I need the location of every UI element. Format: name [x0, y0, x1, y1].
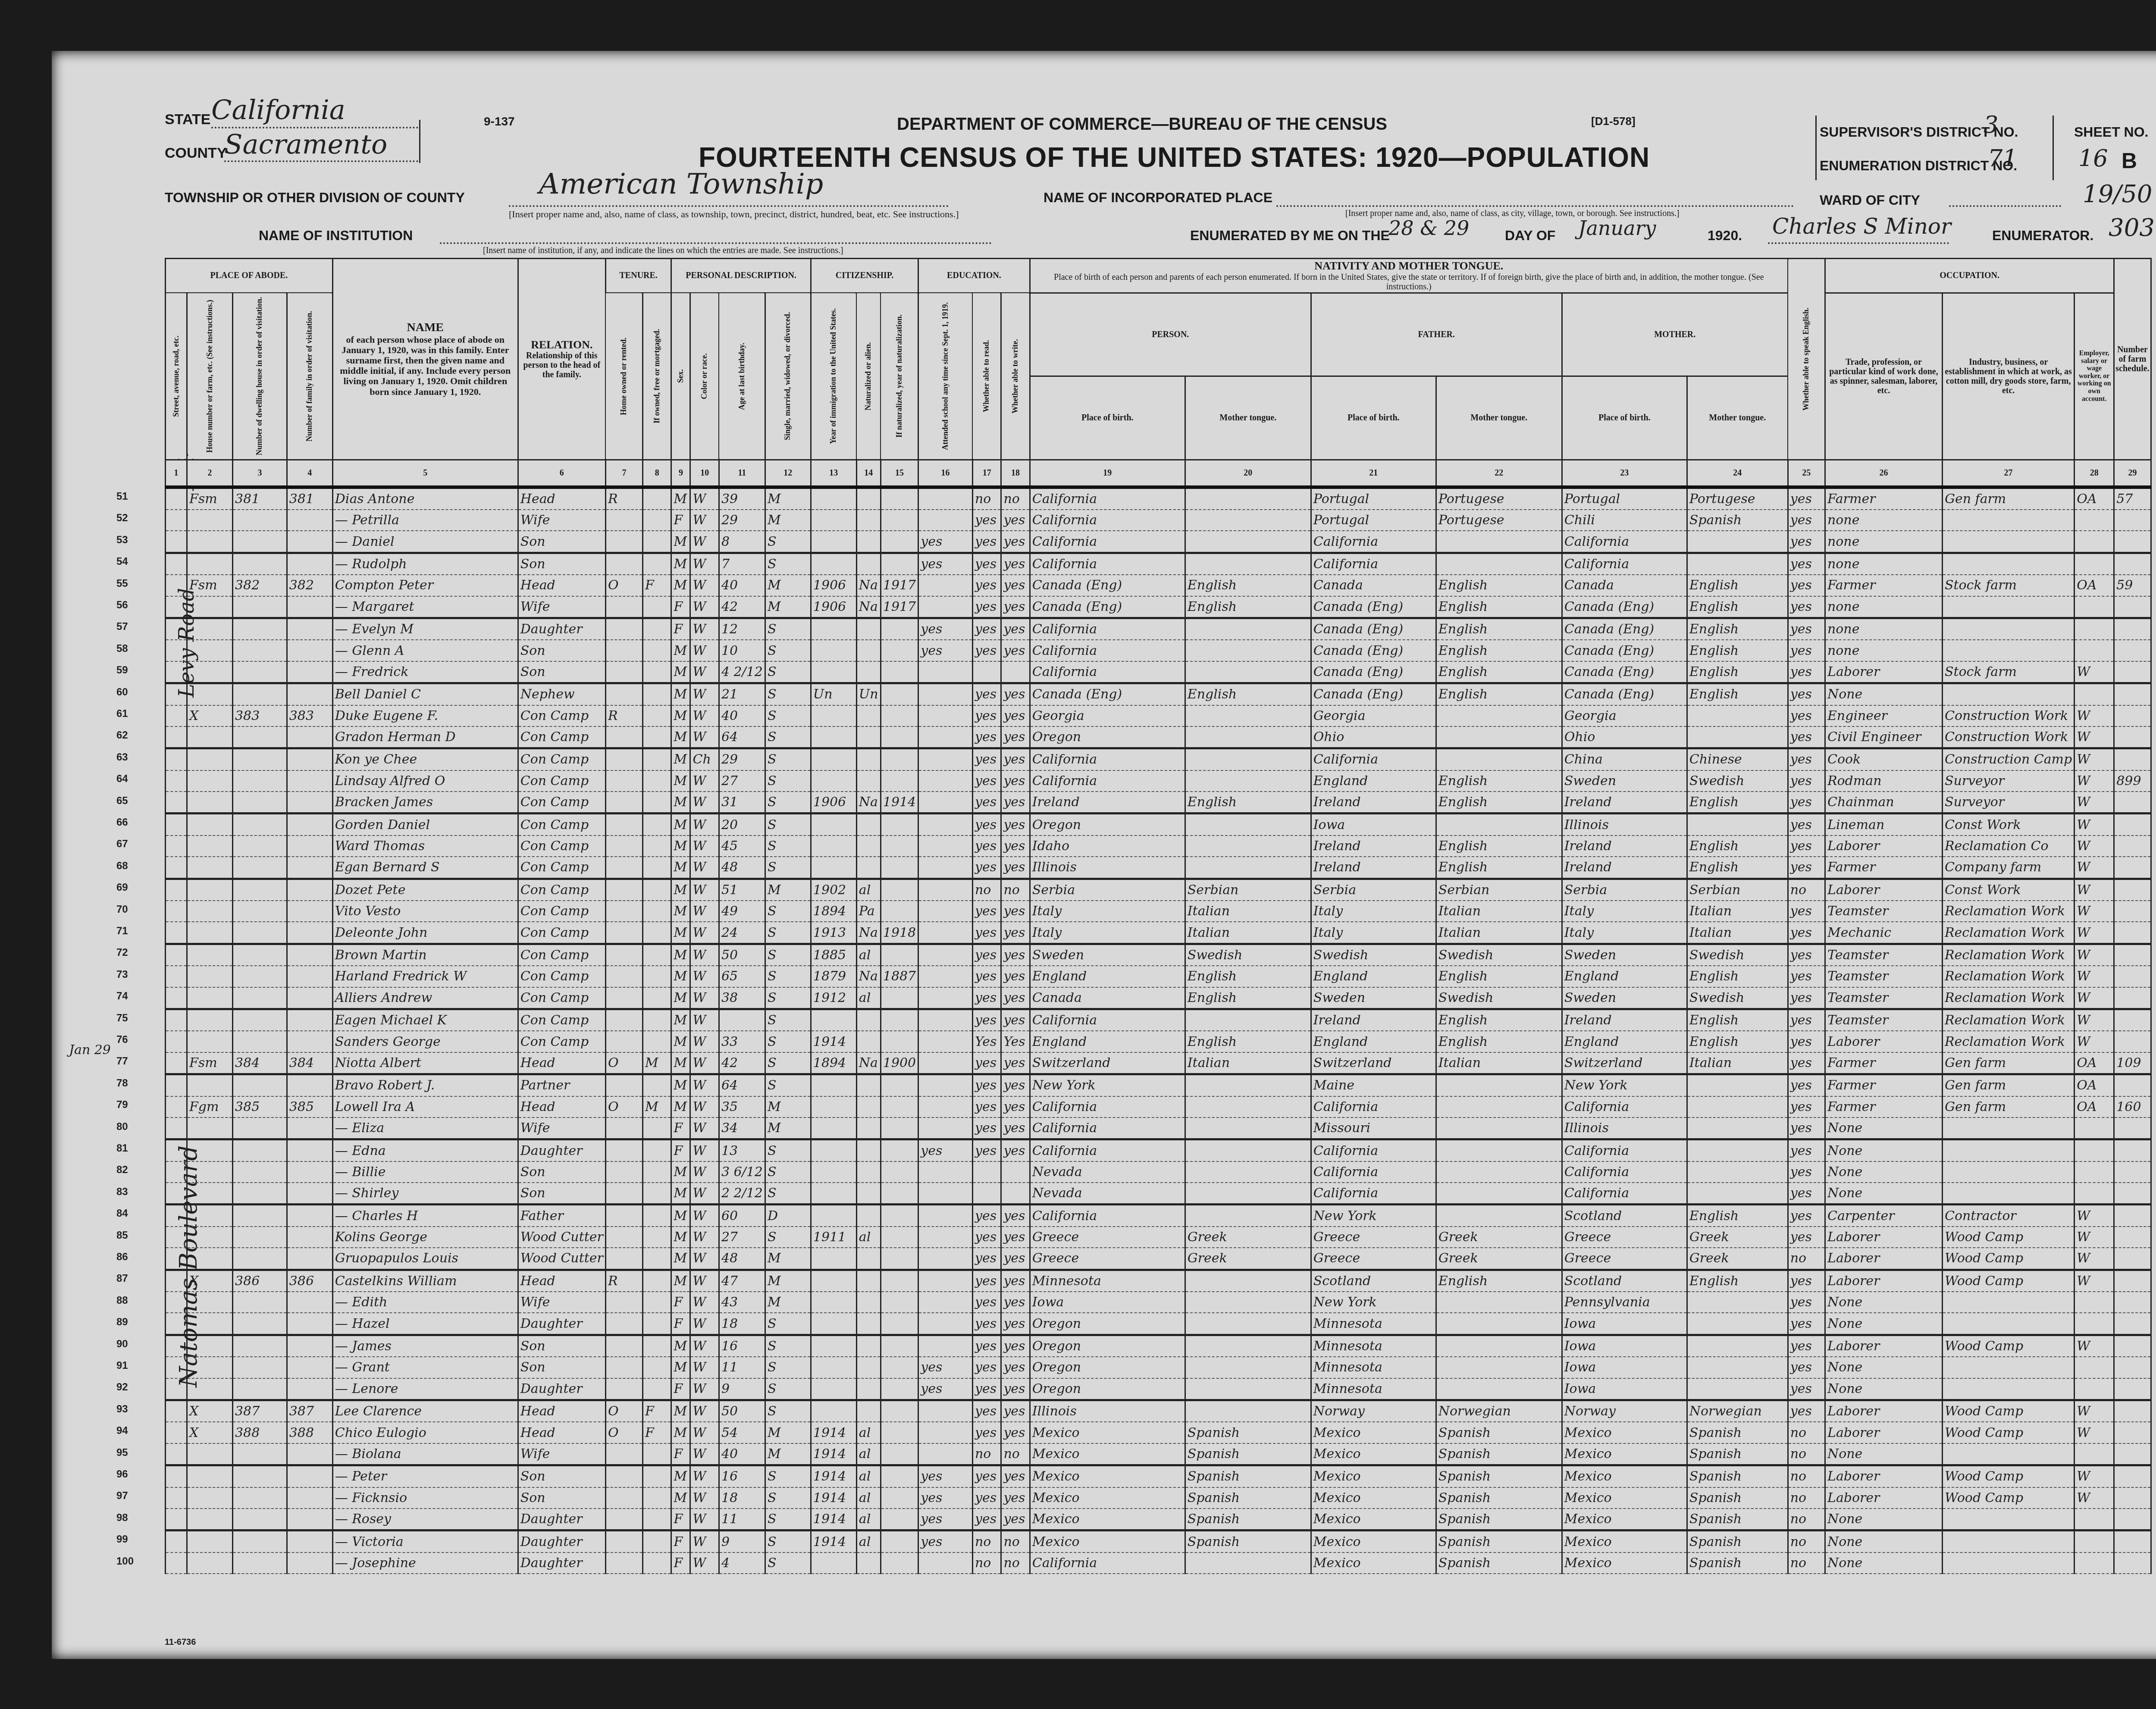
group-citizenship: CITIZENSHIP.	[811, 259, 918, 293]
cell-age: 11	[719, 1509, 765, 1531]
cell-sex: M	[671, 661, 690, 683]
group-tenure: TENURE.	[605, 259, 671, 293]
cell-farm-schedule	[2114, 683, 2151, 705]
cell-employer-class	[2075, 1139, 2114, 1161]
enumerated-days: 28 & 29	[1388, 216, 1469, 240]
cell-person-name: Niotta Albert	[332, 1052, 518, 1074]
cell-can-write: no	[1001, 487, 1030, 510]
cell-person-name: — Peter	[332, 1465, 518, 1487]
cell-birthplace: Italy	[1030, 901, 1185, 922]
cell-family-number	[287, 726, 332, 748]
cell-person-name: — Victoria	[332, 1531, 518, 1552]
cell-owned-rented	[605, 1292, 642, 1313]
cell-relation: Nephew	[518, 683, 605, 705]
month-value: January	[1578, 216, 1656, 240]
cell-mother-mother-tongue: English	[1687, 857, 1788, 879]
cell-street	[166, 1139, 187, 1161]
cell-owned-rented	[605, 1031, 642, 1052]
cell-birthplace: California	[1030, 487, 1185, 510]
cell-attended-school	[918, 770, 973, 792]
cell-race: W	[690, 640, 719, 661]
cell-house-number	[187, 531, 233, 553]
cell-owned-rented	[605, 1509, 642, 1531]
cell-immigration-year: 1902	[811, 879, 856, 901]
table-row: — RudolphSonMW7SyesyesyesCaliforniaCalif…	[166, 553, 2151, 575]
cell-house-number	[187, 1378, 233, 1400]
cell-trade: Laborer	[1825, 1248, 1942, 1270]
cell-farm-schedule	[2114, 596, 2151, 618]
cell-attended-school: yes	[918, 1509, 973, 1531]
cell-age: 10	[719, 640, 765, 661]
cell-sex: M	[671, 1031, 690, 1052]
census-rows: Fsm381381Dias AntoneHeadRMW39MnonoCalifo…	[166, 487, 2151, 1574]
line-number: 88	[116, 1295, 128, 1307]
cell-mother-tongue: Italian	[1185, 901, 1311, 922]
cell-free-mortgaged	[643, 1465, 671, 1487]
cell-person-name: Eagen Michael K	[332, 1009, 518, 1031]
cell-father-tongue	[1436, 1074, 1562, 1096]
cell-industry: Gen farm	[1942, 1096, 2074, 1117]
cell-mother-tongue	[1185, 1183, 1311, 1205]
cell-relation: Son	[518, 1161, 605, 1183]
cell-street	[166, 1357, 187, 1378]
col-mother-pob: Place of birth.	[1562, 376, 1687, 460]
cell-naturalized	[856, 618, 881, 640]
cell-attended-school	[918, 1052, 973, 1074]
cell-can-write: yes	[1001, 640, 1030, 661]
cell-attended-school: yes	[918, 553, 973, 575]
cell-can-read: yes	[972, 1096, 1001, 1117]
line-number: 95	[116, 1447, 128, 1459]
cell-person-name: Duke Eugene F.	[332, 705, 518, 726]
cell-father-birthplace: Ohio	[1311, 726, 1436, 748]
cell-family-number: 386	[287, 1270, 332, 1292]
cell-father-birthplace: England	[1311, 1031, 1436, 1052]
cell-naturalized	[856, 814, 881, 836]
cell-attended-school: yes	[918, 618, 973, 640]
cell-naturalized	[856, 1400, 881, 1422]
cell-birthplace: Illinois	[1030, 1400, 1185, 1422]
cell-family-number	[287, 836, 332, 857]
cell-dwelling-number	[232, 879, 287, 901]
cell-can-read: yes	[972, 857, 1001, 879]
cell-can-write: yes	[1001, 1313, 1030, 1335]
cell-farm-schedule	[2114, 1248, 2151, 1270]
cell-immigration-year	[811, 618, 856, 640]
cell-naturalization-year	[881, 901, 918, 922]
cell-farm-schedule	[2114, 1335, 2151, 1357]
cell-trade: None	[1825, 1443, 1942, 1465]
cell-sex: M	[671, 1096, 690, 1117]
cell-industry: Wood Camp	[1942, 1400, 2074, 1422]
cell-naturalization-year	[881, 553, 918, 575]
cell-immigration-year	[811, 1335, 856, 1357]
cell-mother-mother-tongue: English	[1687, 836, 1788, 857]
cell-dwelling-number	[232, 1552, 287, 1574]
col-street: Street, avenue, road, etc.	[166, 293, 187, 460]
table-row: — ElizaWifeFW34MyesyesCaliforniaMissouri…	[166, 1117, 2151, 1139]
cell-father-birthplace: Mexico	[1311, 1443, 1436, 1465]
cell-speaks-english: yes	[1788, 922, 1825, 944]
cell-family-number	[287, 640, 332, 661]
cell-immigration-year	[811, 1009, 856, 1031]
cell-dwelling-number	[232, 1139, 287, 1161]
cell-free-mortgaged: F	[643, 1400, 671, 1422]
cell-mother-tongue	[1185, 1074, 1311, 1096]
cell-birthplace: Mexico	[1030, 1531, 1185, 1552]
cell-relation: Head	[518, 1422, 605, 1443]
cell-naturalized: al	[856, 1422, 881, 1443]
cell-can-write: no	[1001, 1443, 1030, 1465]
cell-can-read: yes	[972, 726, 1001, 748]
cell-employer-class: W	[2075, 705, 2114, 726]
cell-family-number	[287, 1248, 332, 1270]
cell-trade: Laborer	[1825, 1422, 1942, 1443]
cell-street	[166, 640, 187, 661]
cell-person-name: — Billie	[332, 1161, 518, 1183]
cell-farm-schedule	[2114, 1422, 2151, 1443]
cell-mother-mother-tongue: English	[1687, 683, 1788, 705]
cell-mother-tongue	[1185, 618, 1311, 640]
cell-marital-status: S	[765, 814, 811, 836]
cell-attended-school: yes	[918, 640, 973, 661]
cell-person-name: Kolins George	[332, 1227, 518, 1248]
line-number: 68	[116, 860, 128, 872]
cell-father-birthplace: Sweden	[1311, 987, 1436, 1009]
cell-owned-rented	[605, 748, 642, 770]
cell-trade: Teamster	[1825, 966, 1942, 987]
cell-trade: None	[1825, 1357, 1942, 1378]
cell-father-tongue: English	[1436, 575, 1562, 596]
cell-sex: M	[671, 531, 690, 553]
cell-naturalized: al	[856, 1509, 881, 1531]
cell-naturalization-year	[881, 814, 918, 836]
col-race: Color or race.	[690, 293, 719, 460]
cell-age: 20	[719, 814, 765, 836]
cell-industry: Stock farm	[1942, 661, 2074, 683]
cell-naturalized: al	[856, 1465, 881, 1487]
cell-speaks-english: yes	[1788, 770, 1825, 792]
cell-farm-schedule	[2114, 705, 2151, 726]
cell-family-number	[287, 1139, 332, 1161]
cell-farm-schedule	[2114, 1400, 2151, 1422]
cell-dwelling-number	[232, 966, 287, 987]
cell-owned-rented	[605, 1074, 642, 1096]
township-underline	[509, 205, 949, 207]
cell-father-birthplace: Canada (Eng)	[1311, 683, 1436, 705]
cell-farm-schedule	[2114, 922, 2151, 944]
cell-trade: Mechanic	[1825, 922, 1942, 944]
cell-trade: none	[1825, 510, 1942, 531]
cell-attended-school: yes	[918, 1378, 973, 1400]
cell-sex: F	[671, 1313, 690, 1335]
cell-mother-birthplace: Scotland	[1562, 1205, 1687, 1227]
cell-immigration-year: 1894	[811, 1052, 856, 1074]
cell-mother-mother-tongue: English	[1687, 596, 1788, 618]
cell-birthplace: California	[1030, 770, 1185, 792]
cell-naturalization-year	[881, 1074, 918, 1096]
cell-employer-class	[2075, 1183, 2114, 1205]
cell-person-name: Harland Fredrick W	[332, 966, 518, 987]
cell-speaks-english: no	[1788, 1248, 1825, 1270]
cell-farm-schedule	[2114, 1313, 2151, 1335]
table-row: — DanielSonMW8SyesyesyesCaliforniaCalifo…	[166, 531, 2151, 553]
cell-mother-birthplace: England	[1562, 966, 1687, 987]
cell-street	[166, 1009, 187, 1031]
cell-age: 11	[719, 1357, 765, 1378]
cell-trade: Civil Engineer	[1825, 726, 1942, 748]
cell-immigration-year: Un	[811, 683, 856, 705]
cell-mother-mother-tongue: Swedish	[1687, 770, 1788, 792]
cell-industry	[1942, 1509, 2074, 1531]
cell-naturalization-year	[881, 1531, 918, 1552]
cell-person-name: Compton Peter	[332, 575, 518, 596]
line-number: 58	[116, 643, 128, 655]
cell-trade: None	[1825, 1531, 1942, 1552]
cell-person-name: — Glenn A	[332, 640, 518, 661]
cell-dwelling-number	[232, 1205, 287, 1227]
cell-sex: M	[671, 792, 690, 814]
table-row: Kolins GeorgeWood CutterMW27S1911alyesye…	[166, 1227, 2151, 1248]
cell-mother-birthplace: Scotland	[1562, 1270, 1687, 1292]
institution-label: NAME OF INSTITUTION	[259, 228, 413, 244]
cell-owned-rented: O	[605, 1096, 642, 1117]
line-number: 53	[116, 534, 128, 546]
cell-mother-tongue: Spanish	[1185, 1487, 1311, 1509]
cell-house-number: Fsm	[187, 487, 233, 510]
cell-sex: M	[671, 1270, 690, 1292]
cell-dwelling-number	[232, 857, 287, 879]
cell-birthplace: Georgia	[1030, 705, 1185, 726]
col-father-tongue: Mother tongue.	[1436, 376, 1562, 460]
cell-house-number: X	[187, 1422, 233, 1443]
cell-owned-rented	[605, 618, 642, 640]
cell-owned-rented	[605, 1248, 642, 1270]
cell-attended-school	[918, 1313, 973, 1335]
cell-sex: M	[671, 1357, 690, 1378]
cell-age	[719, 1009, 765, 1031]
cell-employer-class: W	[2075, 1205, 2114, 1227]
cell-father-birthplace: Ireland	[1311, 792, 1436, 814]
cell-speaks-english: yes	[1788, 1161, 1825, 1183]
cell-sex: M	[671, 770, 690, 792]
cell-owned-rented: R	[605, 705, 642, 726]
incorporated-underline	[1276, 205, 1794, 207]
table-row: Bravo Robert J.PartnerMW64SyesyesNew Yor…	[166, 1074, 2151, 1096]
cell-relation: Daughter	[518, 1509, 605, 1531]
cell-race: W	[690, 1183, 719, 1205]
cell-sex: M	[671, 944, 690, 966]
col-immigration: Year of immigration to the United States…	[811, 293, 856, 460]
cell-can-write: yes	[1001, 596, 1030, 618]
cell-person-name: Bravo Robert J.	[332, 1074, 518, 1096]
cell-age: 48	[719, 1248, 765, 1270]
ward-note: 19/50	[2083, 180, 2152, 208]
cell-person-name: — Biolana	[332, 1443, 518, 1465]
cell-free-mortgaged	[643, 1074, 671, 1096]
form-code: [D1-578]	[1591, 115, 1636, 128]
cell-person-name: — Rosey	[332, 1509, 518, 1531]
cell-age: 18	[719, 1487, 765, 1509]
cell-mother-birthplace: Illinois	[1562, 814, 1687, 836]
cell-street	[166, 661, 187, 683]
cell-naturalization-year	[881, 1292, 918, 1313]
cell-birthplace: Oregon	[1030, 726, 1185, 748]
cell-mother-tongue: Greek	[1185, 1248, 1311, 1270]
cell-father-birthplace: Missouri	[1311, 1117, 1436, 1139]
cell-person-name: — Hazel	[332, 1313, 518, 1335]
cell-street	[166, 1031, 187, 1052]
cell-father-birthplace: England	[1311, 966, 1436, 987]
table-row: Lindsay Alfred OCon CampMW27SyesyesCalif…	[166, 770, 2151, 792]
cell-can-read: yes	[972, 1009, 1001, 1031]
cell-person-name: — Rudolph	[332, 553, 518, 575]
cell-attended-school	[918, 596, 973, 618]
cell-immigration-year: 1914	[811, 1531, 856, 1552]
table-row: Gradon Herman DCon CampMW64SyesyesOregon…	[166, 726, 2151, 748]
cell-owned-rented	[605, 596, 642, 618]
cell-employer-class: W	[2075, 857, 2114, 879]
cell-immigration-year: 1912	[811, 987, 856, 1009]
cell-employer-class: W	[2075, 966, 2114, 987]
cell-employer-class: W	[2075, 1031, 2114, 1052]
cell-attended-school	[918, 987, 973, 1009]
cell-street	[166, 922, 187, 944]
cell-house-number	[187, 836, 233, 857]
cell-speaks-english: no	[1788, 1443, 1825, 1465]
cell-can-read: yes	[972, 1248, 1001, 1270]
cell-family-number	[287, 987, 332, 1009]
cell-mother-birthplace: Greece	[1562, 1227, 1687, 1248]
cell-farm-schedule	[2114, 879, 2151, 901]
cell-immigration-year	[811, 640, 856, 661]
cell-free-mortgaged	[643, 1227, 671, 1248]
cell-mother-birthplace: Chili	[1562, 510, 1687, 531]
cell-father-birthplace: Italy	[1311, 922, 1436, 944]
cell-can-read: yes	[972, 1400, 1001, 1422]
cell-age: 40	[719, 705, 765, 726]
cell-mother-birthplace: Mexico	[1562, 1509, 1687, 1531]
cell-marital-status: M	[765, 575, 811, 596]
cell-mother-tongue: Italian	[1185, 1052, 1311, 1074]
cell-can-read: yes	[972, 683, 1001, 705]
cell-birthplace: New York	[1030, 1074, 1185, 1096]
cell-age: 50	[719, 944, 765, 966]
cell-mother-mother-tongue: Chinese	[1687, 748, 1788, 770]
department-title: DEPARTMENT OF COMMERCE—BUREAU OF THE CEN…	[897, 115, 1387, 134]
cell-house-number	[187, 1161, 233, 1183]
cell-marital-status: M	[765, 1096, 811, 1117]
cell-owned-rented	[605, 531, 642, 553]
cell-industry	[1942, 1378, 2074, 1400]
cell-sex: M	[671, 1422, 690, 1443]
cell-naturalization-year: 1917	[881, 596, 918, 618]
cell-birthplace: California	[1030, 640, 1185, 661]
cell-race: W	[690, 1096, 719, 1117]
cell-industry: Reclamation Work	[1942, 922, 2074, 944]
cell-race: W	[690, 553, 719, 575]
cell-mother-birthplace: Sweden	[1562, 944, 1687, 966]
cell-mother-mother-tongue: Portugese	[1687, 487, 1788, 510]
cell-marital-status: S	[765, 792, 811, 814]
cell-father-birthplace: California	[1311, 1139, 1436, 1161]
cell-mother-mother-tongue: Swedish	[1687, 987, 1788, 1009]
cell-father-birthplace: Canada	[1311, 575, 1436, 596]
ward-underline	[1949, 205, 2061, 207]
cell-relation: Head	[518, 1096, 605, 1117]
cell-age: 64	[719, 726, 765, 748]
cell-immigration-year	[811, 1400, 856, 1422]
cell-family-number	[287, 1161, 332, 1183]
cell-mother-tongue	[1185, 770, 1311, 792]
cell-race: W	[690, 792, 719, 814]
cell-father-birthplace: Maine	[1311, 1074, 1436, 1096]
cell-mother-mother-tongue: English	[1687, 1009, 1788, 1031]
cell-employer-class: W	[2075, 726, 2114, 748]
cell-farm-schedule: 59	[2114, 575, 2151, 596]
cell-mother-mother-tongue: Norwegian	[1687, 1400, 1788, 1422]
cell-attended-school: yes	[918, 1487, 973, 1509]
table-row: — ShirleySonMW2 2/12SNevadaCaliforniaCal…	[166, 1183, 2151, 1205]
cell-dwelling-number	[232, 1031, 287, 1052]
cell-relation: Son	[518, 531, 605, 553]
cell-can-read: yes	[972, 770, 1001, 792]
cell-family-number: 384	[287, 1052, 332, 1074]
cell-farm-schedule	[2114, 814, 2151, 836]
line-number: 63	[116, 751, 128, 764]
table-row: — PetrillaWifeFW29MyesyesCaliforniaPortu…	[166, 510, 2151, 531]
cell-mother-birthplace: Canada (Eng)	[1562, 683, 1687, 705]
cell-speaks-english: yes	[1788, 836, 1825, 857]
cell-age: 51	[719, 879, 765, 901]
cell-dwelling-number	[232, 640, 287, 661]
cell-marital-status: S	[765, 857, 811, 879]
cell-employer-class	[2075, 1313, 2114, 1335]
cell-birthplace: Nevada	[1030, 1183, 1185, 1205]
cell-employer-class	[2075, 1292, 2114, 1313]
cell-trade: Teamster	[1825, 901, 1942, 922]
cell-father-tongue: Spanish	[1436, 1465, 1562, 1487]
cell-immigration-year	[811, 1270, 856, 1292]
cell-attended-school	[918, 1031, 973, 1052]
line-number: 70	[116, 904, 128, 916]
cell-owned-rented	[605, 944, 642, 966]
cell-speaks-english: yes	[1788, 1227, 1825, 1248]
county-underline	[224, 160, 418, 162]
table-row: — EdnaDaughterFW13SyesyesyesCaliforniaCa…	[166, 1139, 2151, 1161]
line-number: 57	[116, 621, 128, 633]
cell-person-name: — Edith	[332, 1292, 518, 1313]
cell-person-name: — Lenore	[332, 1378, 518, 1400]
cell-speaks-english: no	[1788, 1487, 1825, 1509]
cell-trade: Teamster	[1825, 1009, 1942, 1031]
cell-trade: Cook	[1825, 748, 1942, 770]
cell-naturalization-year	[881, 1270, 918, 1292]
table-row: Fsm384384Niotta AlbertHeadOMMW42S1894Na1…	[166, 1052, 2151, 1074]
cell-attended-school	[918, 1400, 973, 1422]
line-number: 52	[116, 512, 128, 524]
cell-can-read: yes	[972, 1509, 1001, 1531]
cell-can-write: yes	[1001, 1227, 1030, 1248]
cell-sex: F	[671, 618, 690, 640]
cell-naturalized	[856, 510, 881, 531]
cell-naturalization-year	[881, 1422, 918, 1443]
cell-naturalization-year	[881, 1443, 918, 1465]
cell-can-write: yes	[1001, 726, 1030, 748]
cell-mother-mother-tongue	[1687, 705, 1788, 726]
cell-birthplace: Canada (Eng)	[1030, 575, 1185, 596]
cell-marital-status: S	[765, 987, 811, 1009]
